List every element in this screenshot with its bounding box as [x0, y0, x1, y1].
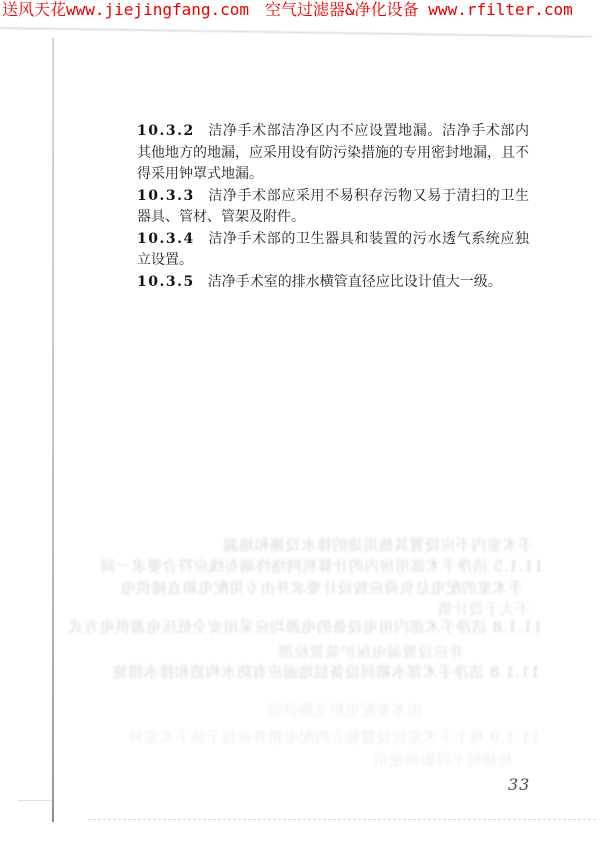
- ghost-line: 检修时不得影响使用: [373, 749, 513, 770]
- ghost-line: 11.1.8 洁净手术部内用电设备的电源均应采用安全低压电源供电方式: [68, 616, 542, 637]
- clause-10-3-3: 10.3.3洁净手术部应采用不易积存污物又易于清扫的卫生器具、管材、管架及附件。: [137, 186, 529, 229]
- page-top-edge-line: [0, 27, 592, 37]
- clause-number: 10.3.5: [137, 274, 208, 290]
- ghost-line: 由本室配电柜支路供给: [267, 699, 422, 720]
- clause-10-3-2: 10.3.2洁净手术部洁净区内不应设置地漏。洁净手术部内其他地方的地漏，应采用设…: [137, 121, 529, 186]
- clause-10-3-5: 10.3.5洁净手术室的排水横管直径应比设计值大一级。: [137, 272, 529, 294]
- scanned-document-page: { "header": { "left": "送风天花www.jiejingfa…: [0, 0, 600, 849]
- clause-10-3-4: 10.3.4洁净手术部的卫生器具和装置的污水透气系统应独立设置。: [137, 229, 529, 272]
- ghost-line: 手术室的配电总负荷应按设计要求并由专用配电箱直接供电: [120, 577, 523, 598]
- ghost-line: 并应设置漏电保护装置检测: [278, 641, 464, 662]
- ghost-line: 手术室内不应设置其他用途的排水设施和地漏: [223, 534, 533, 555]
- clause-number: 10.3.2: [137, 123, 208, 139]
- watermark-right-url: 空气过滤器&净化设备 www.rfilter.com: [265, 0, 573, 19]
- ghost-line: 11.1.5 洁净手术部用房内的计算机网络终端布线应符合要求一间: [100, 555, 543, 576]
- page-left-edge-line: [52, 38, 54, 822]
- page-left-edge-tick: [18, 800, 52, 801]
- page-number: 33: [508, 775, 530, 794]
- page-bottom-edge-line: [88, 819, 596, 820]
- clause-text: 洁净手术室的排水横管直径应比设计值大一级。: [208, 274, 502, 290]
- ghost-line: 11.1.8 洁净手术部水箱间设备层地面应有防水构造和排水措施: [112, 661, 540, 682]
- watermark-header: 送风天花www.jiejingfang.com空气过滤器&净化设备 www.rf…: [2, 0, 573, 20]
- clause-number: 10.3.3: [137, 188, 208, 204]
- clause-text-block: 10.3.2洁净手术部洁净区内不应设置地漏。洁净手术部内其他地方的地漏，应采用设…: [137, 121, 529, 293]
- clause-number: 10.3.4: [137, 231, 208, 247]
- watermark-left-url: 送风天花www.jiejingfang.com: [2, 0, 249, 19]
- ghost-line: 11.1.9 每个手术室应设置独立的配电箱并应设于该手术室外: [128, 726, 540, 747]
